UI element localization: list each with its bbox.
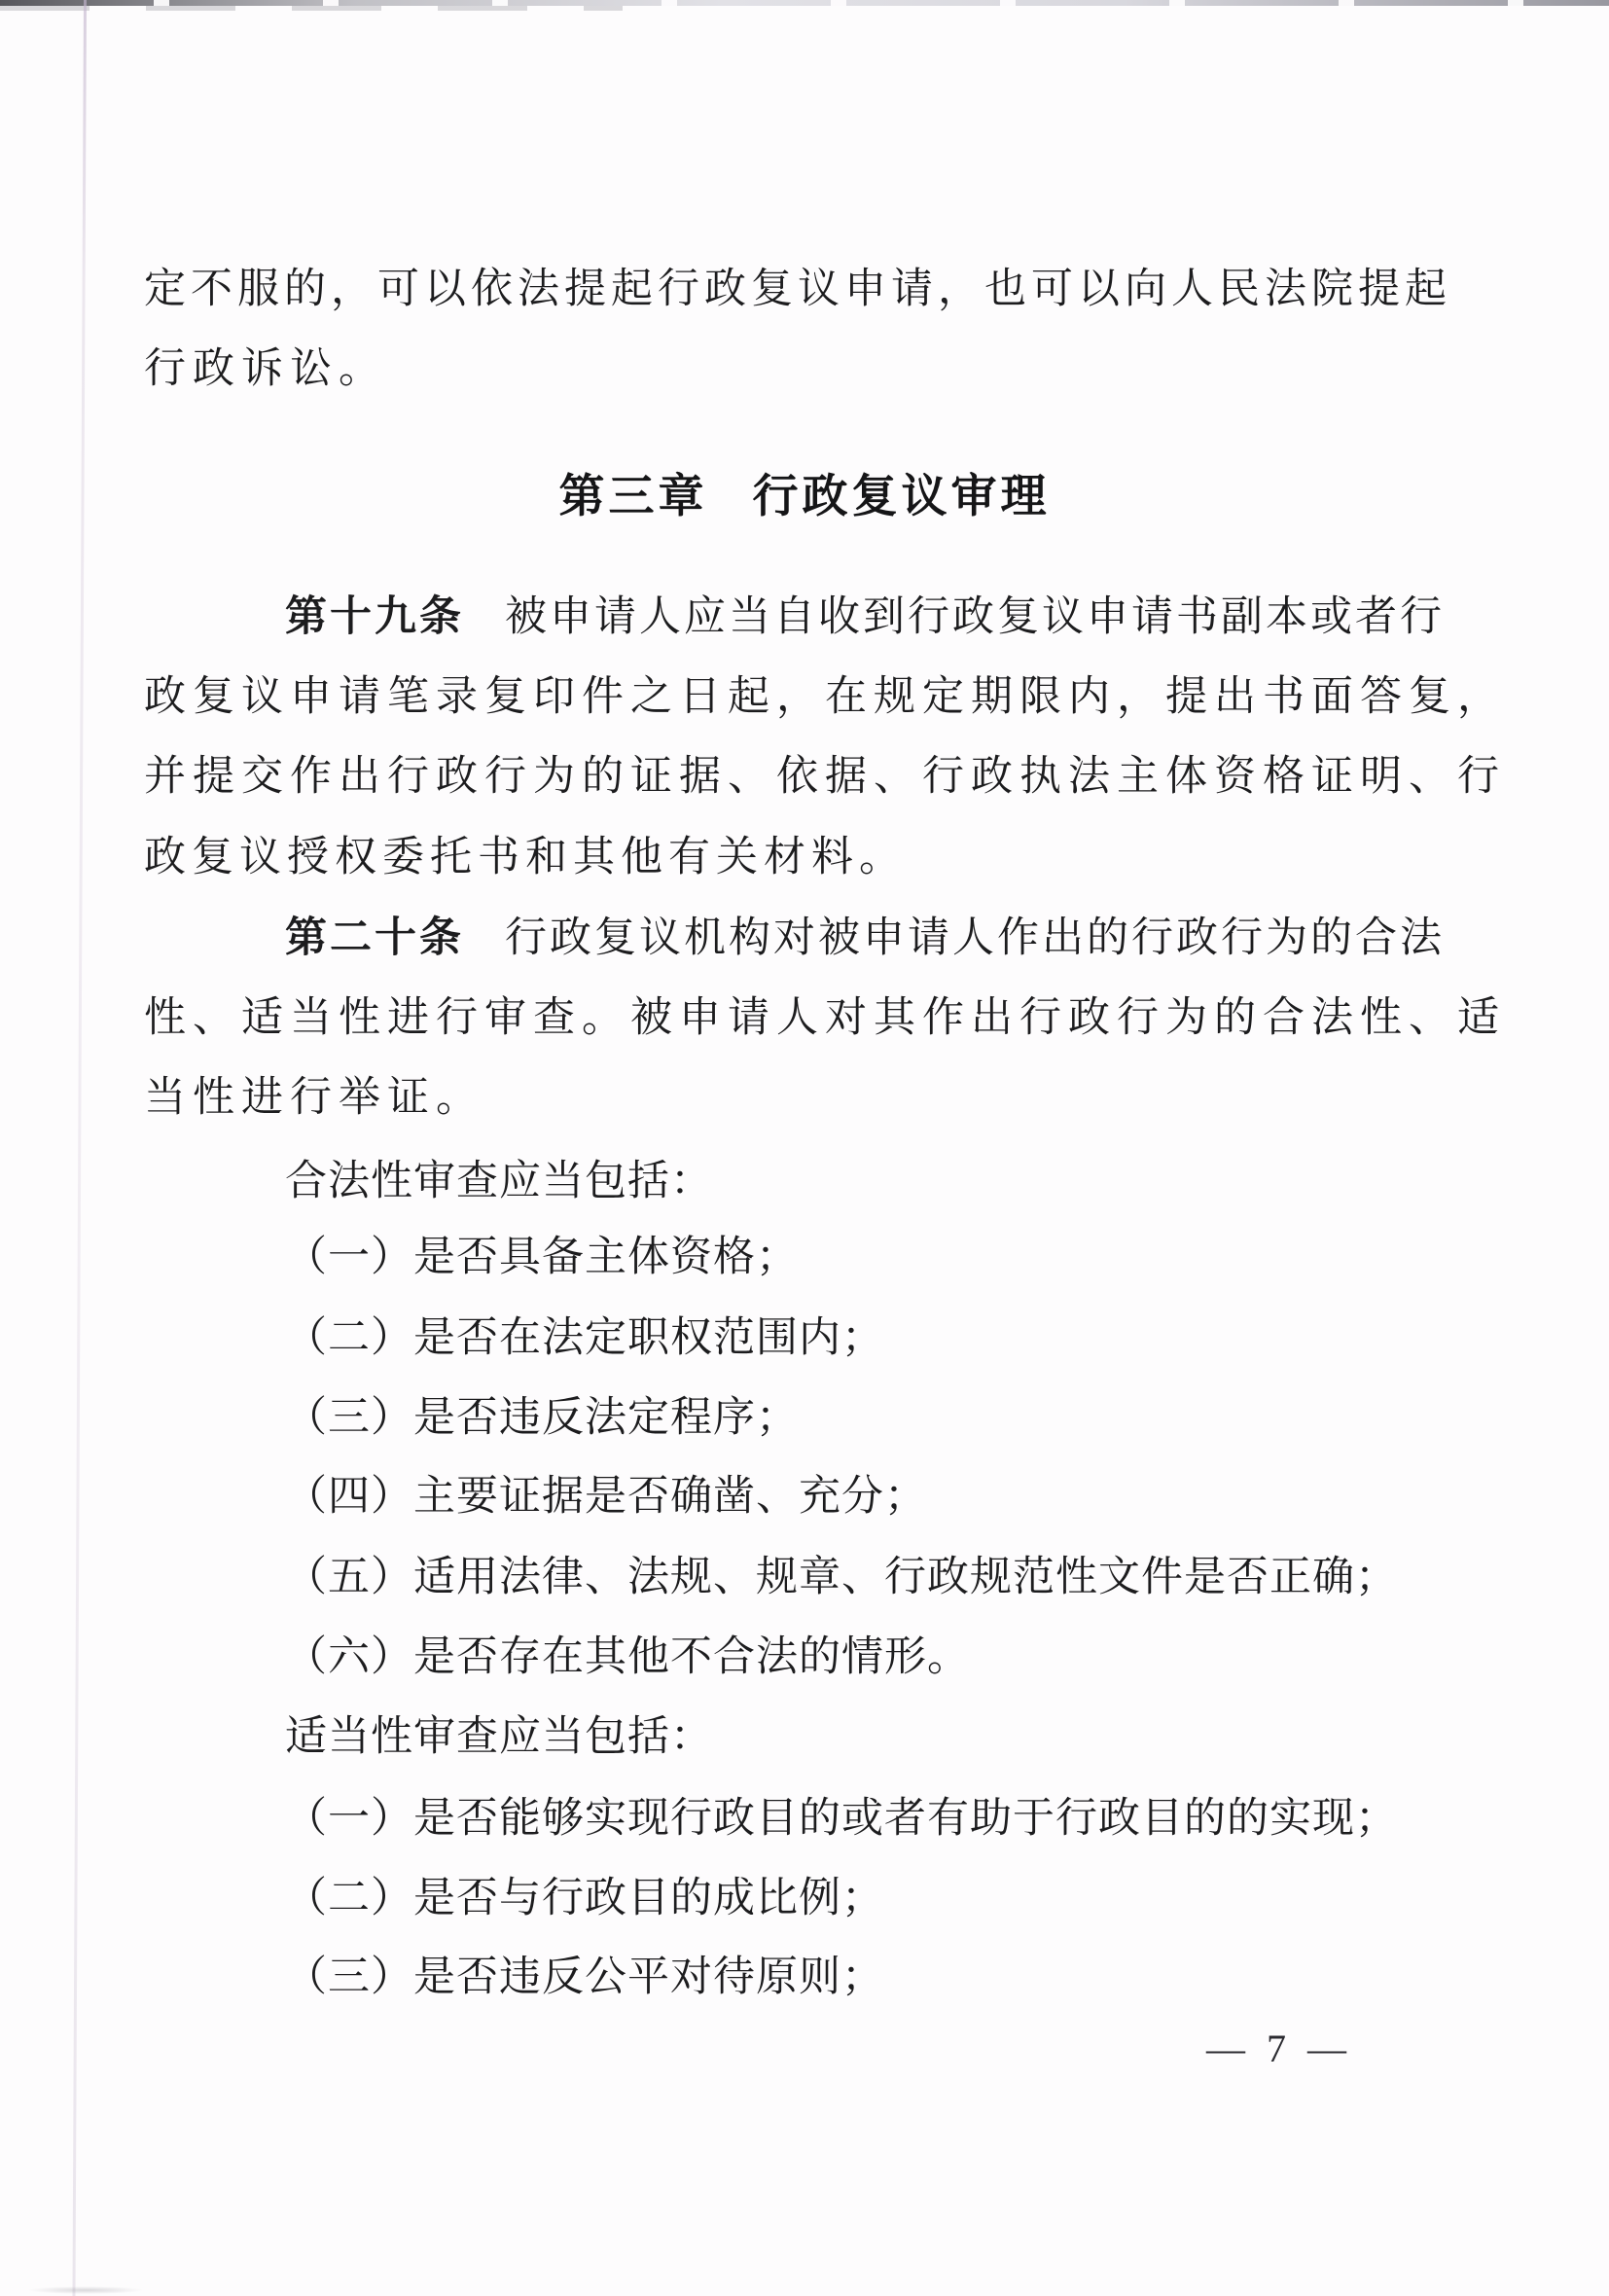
chapter-heading: 第三章行政复议审理 bbox=[0, 470, 1609, 522]
article-20-line-2: 性、适当性进行审查。被申请人对其作出行政行为的合法性、适 bbox=[144, 993, 1467, 1044]
appropriateness-review-header: 适当性审查应当包括： bbox=[285, 1712, 1467, 1763]
legality-item-3: （三）是否违反法定程序； bbox=[285, 1393, 1467, 1444]
article-19-line-1: 第十九条被申请人应当自收到行政复议申请书副本或者行 bbox=[285, 592, 1467, 643]
chapter-number: 第三章 bbox=[559, 470, 708, 521]
paragraph-intro-line-2: 行政诉讼。 bbox=[144, 344, 1467, 395]
article-20-line-3: 当性进行举证。 bbox=[144, 1073, 1467, 1124]
chapter-title: 行政复议审理 bbox=[753, 470, 1051, 521]
article-20-label: 第二十条 bbox=[285, 915, 464, 961]
legality-item-4: （四）主要证据是否确凿、充分； bbox=[285, 1472, 1467, 1523]
scan-artifact-bottom-smudge bbox=[27, 2286, 144, 2294]
article-19-line-4: 政复议授权委托书和其他有关材料。 bbox=[144, 833, 1467, 883]
scan-artifact-top-dashes bbox=[0, 6, 623, 11]
legality-item-2: （二）是否在法定职权范围内； bbox=[285, 1313, 1467, 1364]
appropriateness-item-3: （三）是否违反公平对待原则； bbox=[285, 1953, 1467, 2003]
article-20-line-1-text: 行政复议机构对被申请人作出的行政行为的合法 bbox=[505, 915, 1445, 961]
legality-item-5: （五）适用法律、法规、规章、行政规范性文件是否正确； bbox=[285, 1553, 1467, 1603]
article-19-label: 第十九条 bbox=[285, 593, 464, 640]
article-20-line-1: 第二十条行政复议机构对被申请人作出的行政行为的合法 bbox=[285, 913, 1467, 964]
article-19-line-3: 并提交作出行政行为的证据、依据、行政执法主体资格证明、行 bbox=[144, 752, 1467, 803]
legality-item-6: （六）是否存在其他不合法的情形。 bbox=[285, 1632, 1467, 1683]
scan-artifact-vertical-fold-line bbox=[72, 0, 87, 2296]
legality-item-1: （一）是否具备主体资格； bbox=[285, 1233, 1467, 1283]
page-number: — 7 — bbox=[1133, 2027, 1425, 2071]
paragraph-intro-line-1: 定不服的，可以依法提起行政复议申请，也可以向人民法院提起 bbox=[144, 265, 1467, 315]
scanned-document-page: 定不服的，可以依法提起行政复议申请，也可以向人民法院提起 行政诉讼。 第三章行政… bbox=[0, 0, 1609, 2296]
legality-review-header: 合法性审查应当包括： bbox=[285, 1157, 1467, 1207]
article-19-line-2: 政复议申请笔录复印件之日起，在规定期限内，提出书面答复， bbox=[144, 672, 1467, 723]
appropriateness-item-1: （一）是否能够实现行政目的或者有助于行政目的的实现； bbox=[285, 1794, 1467, 1845]
article-19-line-1-text: 被申请人应当自收到行政复议申请书副本或者行 bbox=[505, 594, 1445, 640]
appropriateness-item-2: （二）是否与行政目的成比例； bbox=[285, 1874, 1467, 1924]
